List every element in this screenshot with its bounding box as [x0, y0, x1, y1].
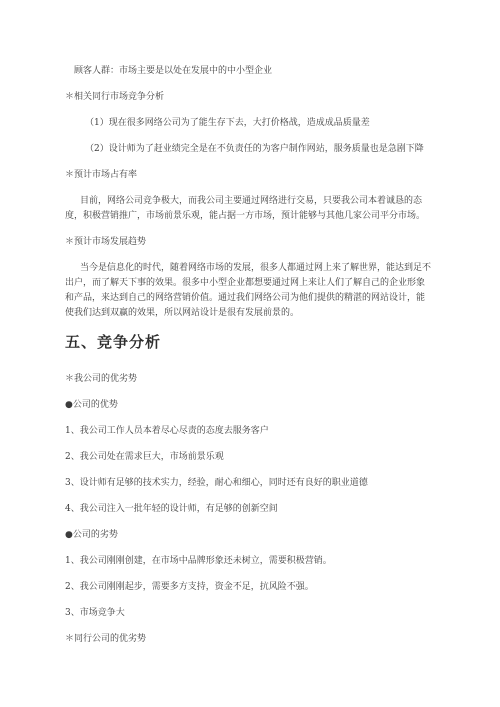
text-line: ●公司的劣势: [65, 528, 441, 543]
paragraph-line: 当今是信息化的时代，随着网络市场的发展，很多人都通过网上来了解世界，能达到足不: [65, 261, 441, 276]
paragraph-line: 目前，网络公司竞争极大，而我公司主要通过网络进行交易，只要我公司本着诚恳的态: [65, 194, 441, 209]
text-line: ＊预计市场占有率: [65, 168, 441, 183]
text-line: 4、我公司注入一批年轻的设计师，有足够的创新空间: [65, 502, 441, 517]
text-line: （1）现在很多网络公司为了能生存下去，大打价格战，造成成品质量差: [65, 116, 441, 131]
text-line: 1、我公司刚刚创建，在市场中品牌形象还未树立，需要积极营销。: [65, 554, 441, 569]
section-heading: 五、竞争分析: [65, 332, 441, 352]
text-line: ＊我公司的优劣势: [65, 372, 441, 387]
paragraph: 目前，网络公司竞争极大，而我公司主要通过网络进行交易，只要我公司本着诚恳的态度，…: [65, 194, 441, 224]
text-line: ＊同行公司的优劣势: [65, 632, 441, 647]
text-line: 2、我公司刚刚起步，需要多方支持，资金不足，抗风险不强。: [65, 580, 441, 595]
text-line: 1、我公司工作人员本着尽心尽责的态度去服务客户: [65, 424, 441, 439]
paragraph-line: 和产品，来达到自己的网络营销价值。通过我们网络公司为他们提供的精湛的网站设计，能: [65, 291, 441, 306]
document-page: 顾客人群：市场主要是以处在发展中的中小型企业＊相关同行市场竞争分析（1）现在很多…: [0, 0, 500, 707]
paragraph-line: 度，积极营销推广，市场前景乐观，能占据一方市场，预计能够与其他几家公司平分市场。: [65, 209, 441, 224]
text-line: 3、市场竞争大: [65, 606, 441, 621]
paragraph-line: 使我们达到双赢的效果，所以网站设计是很有发展前景的。: [65, 306, 441, 321]
text-line: （2）设计师为了赶业绩完全是在不负责任的为客户制作网站，服务质量也是急剧下降: [65, 142, 441, 157]
text-line: 2、我公司处在需求巨大，市场前景乐观: [65, 450, 441, 465]
paragraph: 当今是信息化的时代，随着网络市场的发展，很多人都通过网上来了解世界，能达到足不出…: [65, 261, 441, 321]
text-line: ＊预计市场发展趋势: [65, 235, 441, 250]
text-line: ●公司的优势: [65, 398, 441, 413]
document-content: 顾客人群：市场主要是以处在发展中的中小型企业＊相关同行市场竞争分析（1）现在很多…: [65, 64, 441, 658]
paragraph-line: 出户，而了解天下事的效果。很多中小型企业都想要通过网上来让人们了解自己的企业形象: [65, 276, 441, 291]
text-line: ＊相关同行市场竞争分析: [65, 90, 441, 105]
text-line: 3、设计师有足够的技术实力，经验，耐心和细心，同时还有良好的职业道德: [65, 476, 441, 491]
text-line: 顾客人群：市场主要是以处在发展中的中小型企业: [65, 64, 441, 79]
